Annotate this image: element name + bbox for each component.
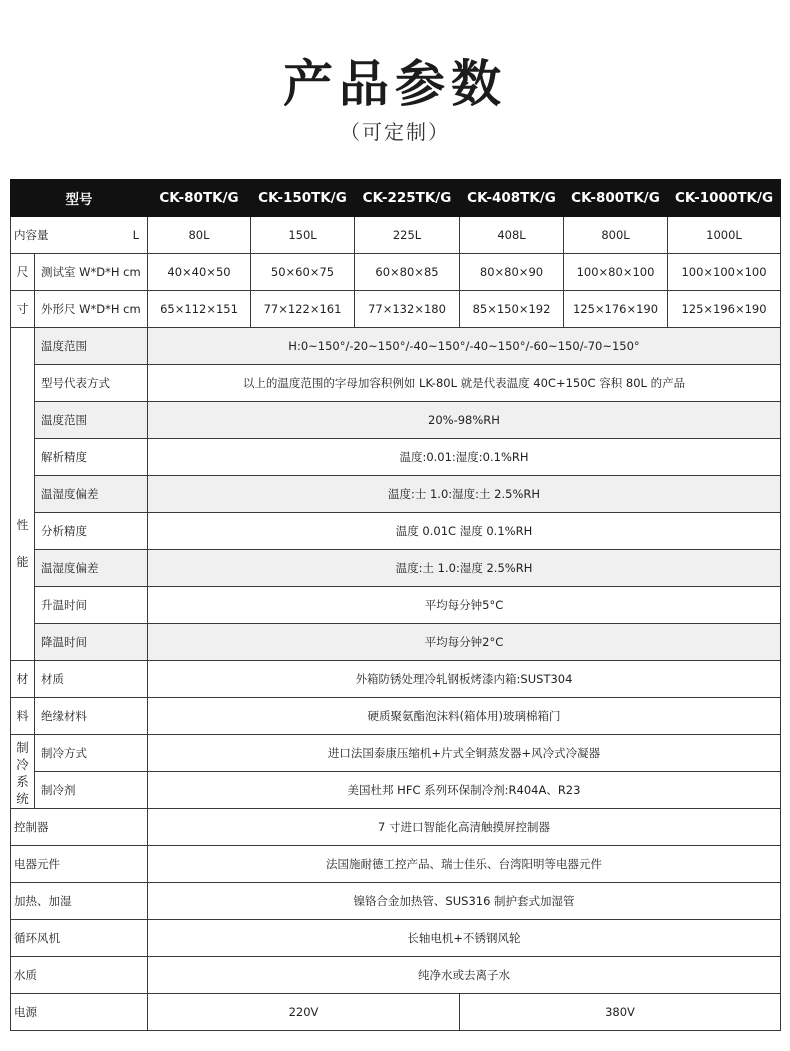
- material-value: 外箱防锈处理冷轧钢板烤漆内箱:SUST304: [148, 661, 781, 698]
- misc-label: 电器元件: [11, 846, 148, 883]
- performance-group-top: 性: [11, 517, 34, 534]
- performance-label: 升温时间: [35, 587, 148, 624]
- material-group-top: 材: [11, 661, 35, 698]
- performance-label: 解析精度: [35, 439, 148, 476]
- header-row: 型号 CK-80TK/G CK-150TK/G CK-225TK/G CK-40…: [11, 180, 781, 217]
- misc-label: 水质: [11, 957, 148, 994]
- page-title: 产品参数: [0, 52, 790, 116]
- performance-row: 升温时间 平均每分钟5°C: [11, 587, 781, 624]
- performance-row: 解析精度 温度:0.01:湿度:0.1%RH: [11, 439, 781, 476]
- size-group-top: 尺: [11, 254, 35, 291]
- capacity-row: 内容量 L 80L 150L 225L 408L 800L 1000L: [11, 217, 781, 254]
- capacity-value: 225L: [355, 217, 460, 254]
- performance-label: 分析精度: [35, 513, 148, 550]
- size-group-bottom: 寸: [11, 291, 35, 328]
- performance-row: 型号代表方式 以上的温度范围的字母加容积例如 LK-80L 就是代表温度 40C…: [11, 365, 781, 402]
- model-header: CK-150TK/G: [251, 180, 355, 217]
- performance-row: 性 能 温度范围 H:0~150°/-20~150°/-40~150°/-40~…: [11, 328, 781, 365]
- size-outer-value: 77×132×180: [355, 291, 460, 328]
- cooling-label: 制冷剂: [35, 772, 148, 809]
- performance-label: 温度范围: [35, 328, 148, 365]
- misc-row: 加热、加湿 镍铬合金加热管、SUS316 制护套式加湿管: [11, 883, 781, 920]
- page-subtitle: （可定制）: [0, 118, 790, 146]
- performance-row: 温湿度偏差 温度:土 1.0:湿度 2.5%RH: [11, 550, 781, 587]
- capacity-label-cell: 内容量 L: [11, 217, 148, 254]
- performance-label: 温湿度偏差: [35, 476, 148, 513]
- misc-value: 长轴电机+不锈钢风轮: [148, 920, 781, 957]
- power-label: 电源: [11, 994, 148, 1031]
- size-outer-label: 外形尺 W*D*H cm: [35, 291, 148, 328]
- model-header: CK-1000TK/G: [668, 180, 781, 217]
- size-inner-value: 100×100×100: [668, 254, 781, 291]
- performance-row: 降温时间 平均每分钟2°C: [11, 624, 781, 661]
- material-label: 材质: [35, 661, 148, 698]
- material-row: 材 材质 外箱防锈处理冷轧钢板烤漆内箱:SUST304: [11, 661, 781, 698]
- performance-row: 温度范围 20%-98%RH: [11, 402, 781, 439]
- model-header: CK-800TK/G: [564, 180, 668, 217]
- size-inner-value: 50×60×75: [251, 254, 355, 291]
- misc-label: 循环风机: [11, 920, 148, 957]
- size-inner-value: 100×80×100: [564, 254, 668, 291]
- misc-value: 纯净水或去离子水: [148, 957, 781, 994]
- capacity-value: 150L: [251, 217, 355, 254]
- cooling-label: 制冷方式: [35, 735, 148, 772]
- misc-row: 控制器 7 寸进口智能化高清触摸屏控制器: [11, 809, 781, 846]
- misc-value: 7 寸进口智能化高清触摸屏控制器: [148, 809, 781, 846]
- cooling-group-label: 制冷系统: [16, 739, 30, 807]
- power-row: 电源 220V 380V: [11, 994, 781, 1031]
- capacity-value: 1000L: [668, 217, 781, 254]
- model-header: CK-408TK/G: [460, 180, 564, 217]
- size-outer-value: 125×176×190: [564, 291, 668, 328]
- model-header: CK-225TK/G: [355, 180, 460, 217]
- performance-value: 以上的温度范围的字母加容积例如 LK-80L 就是代表温度 40C+150C 容…: [148, 365, 781, 402]
- cooling-value: 美国杜邦 HFC 系列环保制冷剂:R404A、R23: [148, 772, 781, 809]
- material-row: 料 绝缘材料 硬质聚氨酯泡沫料(箱体用)玻璃棉箱门: [11, 698, 781, 735]
- misc-row: 水质 纯净水或去离子水: [11, 957, 781, 994]
- power-value-left: 220V: [148, 994, 460, 1031]
- misc-value: 镍铬合金加热管、SUS316 制护套式加湿管: [148, 883, 781, 920]
- size-inner-value: 40×40×50: [148, 254, 251, 291]
- size-outer-value: 77×122×161: [251, 291, 355, 328]
- performance-value: 温度:0.01:湿度:0.1%RH: [148, 439, 781, 476]
- size-outer-value: 65×112×151: [148, 291, 251, 328]
- size-outer-value: 125×196×190: [668, 291, 781, 328]
- performance-row: 分析精度 温度 0.01C 湿度 0.1%RH: [11, 513, 781, 550]
- size-inner-label: 测试室 W*D*H cm: [35, 254, 148, 291]
- cooling-row: 制冷剂 美国杜邦 HFC 系列环保制冷剂:R404A、R23: [11, 772, 781, 809]
- size-outer-row: 寸 外形尺 W*D*H cm 65×112×151 77×122×161 77×…: [11, 291, 781, 328]
- cooling-row: 制冷系统 制冷方式 进口法国泰康压缩机+片式全铜蒸发器+风冷式冷凝器: [11, 735, 781, 772]
- power-value-right: 380V: [460, 994, 781, 1031]
- model-header: CK-80TK/G: [148, 180, 251, 217]
- misc-row: 电器元件 法国施耐德工控产品、瑞士佳乐、台湾阳明等电器元件: [11, 846, 781, 883]
- material-label: 绝缘材料: [35, 698, 148, 735]
- size-inner-value: 80×80×90: [460, 254, 564, 291]
- performance-label: 型号代表方式: [35, 365, 148, 402]
- spec-table: 型号 CK-80TK/G CK-150TK/G CK-225TK/G CK-40…: [10, 179, 781, 1031]
- cooling-group: 制冷系统: [11, 735, 35, 809]
- performance-value: 温度:士 1.0:湿度:土 2.5%RH: [148, 476, 781, 513]
- material-group-bottom: 料: [11, 698, 35, 735]
- performance-value: 温度:土 1.0:湿度 2.5%RH: [148, 550, 781, 587]
- material-value: 硬质聚氨酯泡沫料(箱体用)玻璃棉箱门: [148, 698, 781, 735]
- misc-value: 法国施耐德工控产品、瑞士佳乐、台湾阳明等电器元件: [148, 846, 781, 883]
- misc-label: 控制器: [11, 809, 148, 846]
- performance-value: 温度 0.01C 湿度 0.1%RH: [148, 513, 781, 550]
- performance-label: 降温时间: [35, 624, 148, 661]
- performance-value: 平均每分钟5°C: [148, 587, 781, 624]
- capacity-unit: L: [133, 228, 139, 242]
- performance-value: 20%-98%RH: [148, 402, 781, 439]
- model-label: 型号: [11, 180, 148, 217]
- capacity-value: 800L: [564, 217, 668, 254]
- capacity-value: 408L: [460, 217, 564, 254]
- performance-label: 温湿度偏差: [35, 550, 148, 587]
- misc-row: 循环风机 长轴电机+不锈钢风轮: [11, 920, 781, 957]
- capacity-label: 内容量: [14, 228, 49, 242]
- cooling-value: 进口法国泰康压缩机+片式全铜蒸发器+风冷式冷凝器: [148, 735, 781, 772]
- performance-value: H:0~150°/-20~150°/-40~150°/-40~150°/-60~…: [148, 328, 781, 365]
- size-inner-row: 尺 测试室 W*D*H cm 40×40×50 50×60×75 60×80×8…: [11, 254, 781, 291]
- performance-row: 温湿度偏差 温度:士 1.0:湿度:土 2.5%RH: [11, 476, 781, 513]
- misc-label: 加热、加湿: [11, 883, 148, 920]
- performance-group-bottom: 能: [11, 554, 34, 571]
- performance-group: 性 能: [11, 328, 35, 661]
- size-outer-value: 85×150×192: [460, 291, 564, 328]
- capacity-value: 80L: [148, 217, 251, 254]
- performance-label: 温度范围: [35, 402, 148, 439]
- performance-value: 平均每分钟2°C: [148, 624, 781, 661]
- size-inner-value: 60×80×85: [355, 254, 460, 291]
